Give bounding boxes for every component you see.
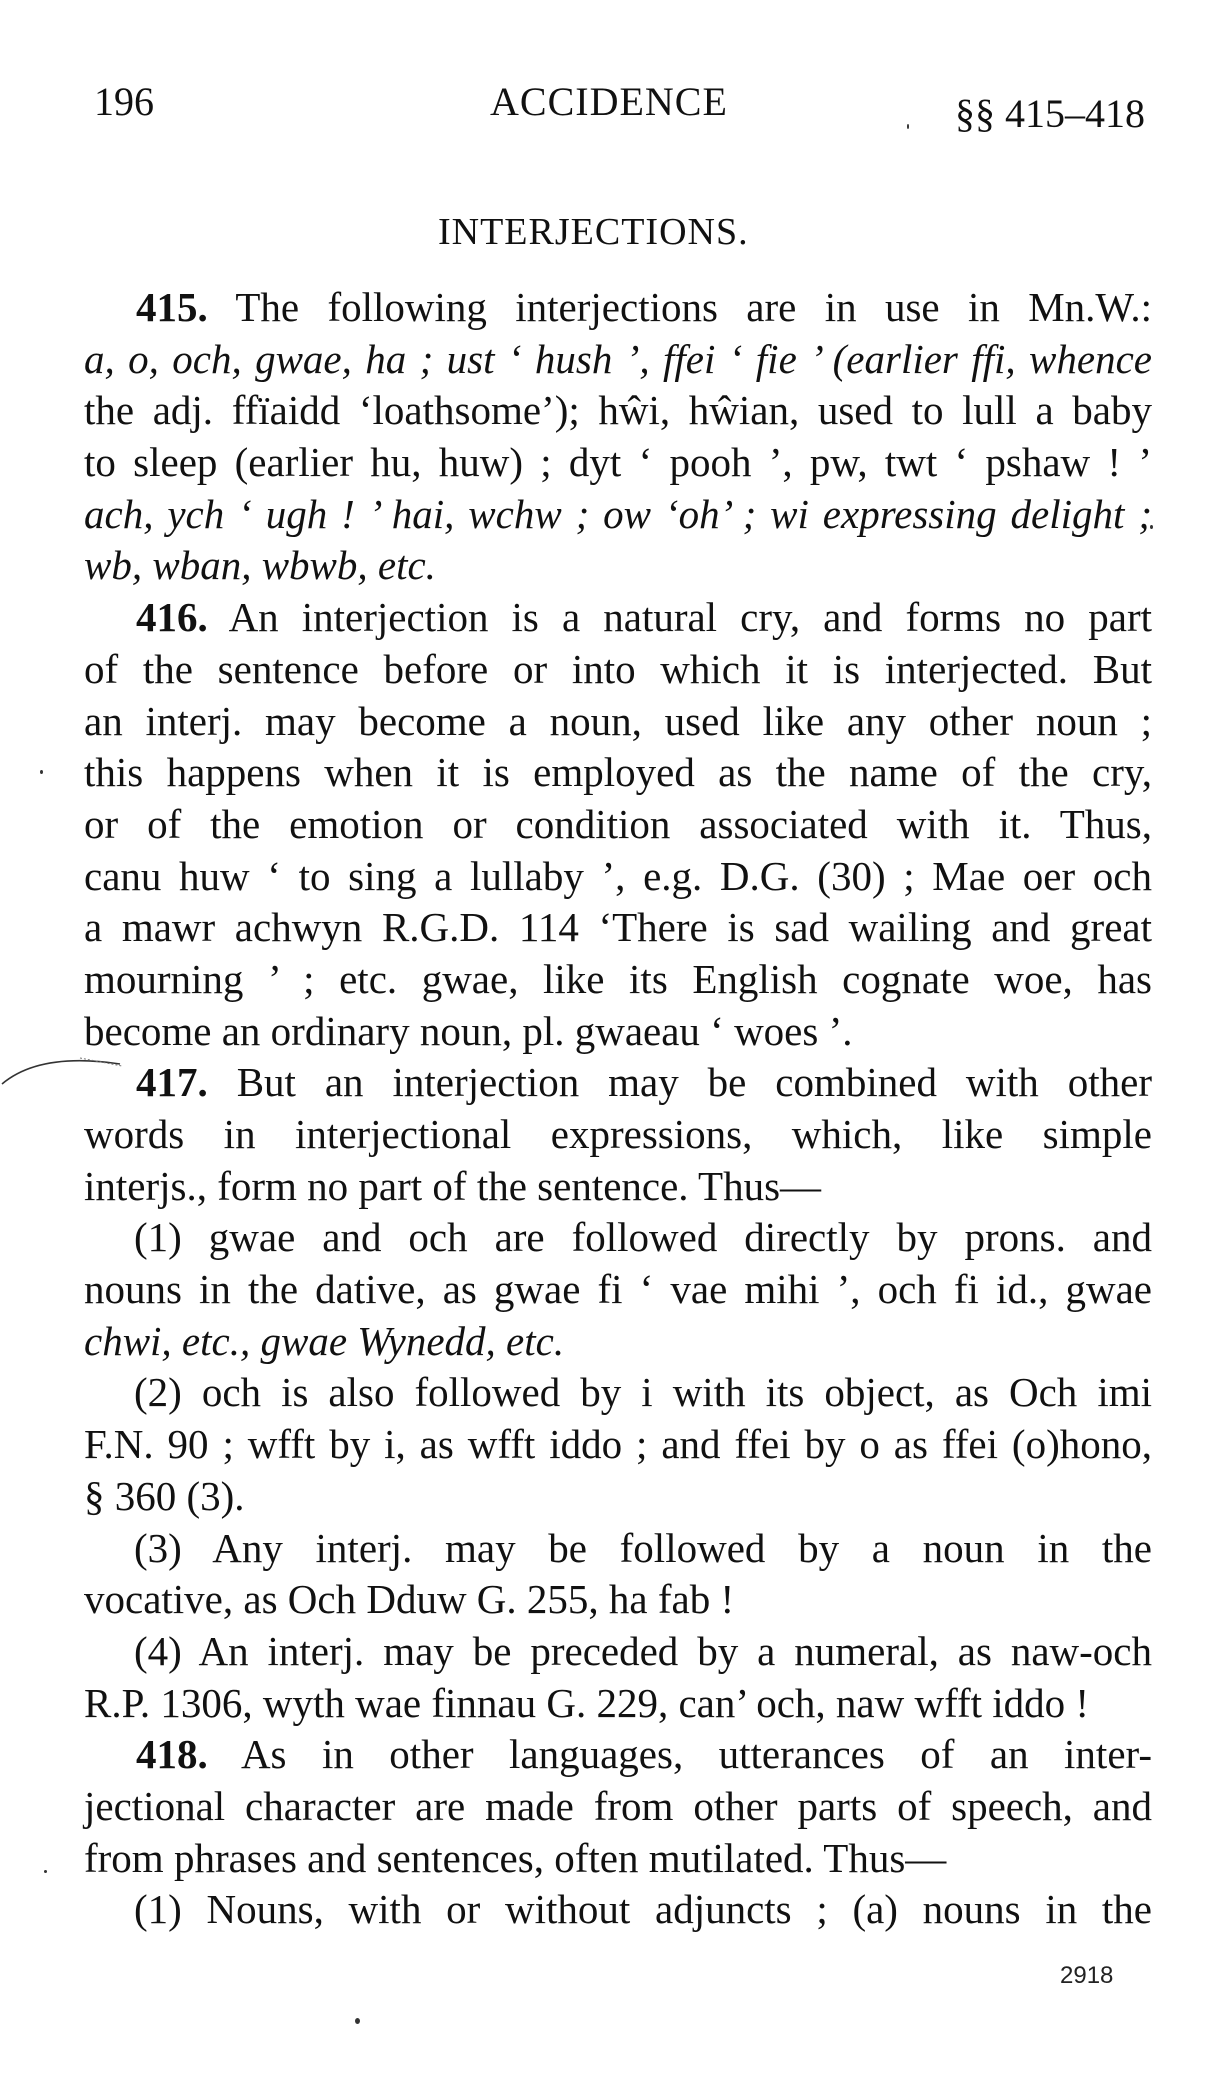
text-line: (2) och is also followed by i with its o…: [84, 1367, 1152, 1419]
item-label: (2): [134, 1369, 182, 1415]
scan-speck: [1150, 525, 1153, 529]
line-text: Nouns, with or without adjuncts ; (a) no…: [207, 1886, 1152, 1932]
line-text: An interj. may be preceded by a numeral,…: [198, 1628, 1152, 1674]
scan-speck: [355, 2018, 360, 2024]
paragraph-number: 416.: [136, 594, 208, 640]
running-title: ACCIDENCE: [490, 78, 728, 126]
text-line: 418. As in other languages, utterances o…: [84, 1729, 1152, 1781]
text-line: words in interjectional expressions, whi…: [84, 1109, 1152, 1161]
line-text: och is also followed by i with its objec…: [202, 1369, 1152, 1415]
text-line: (1) gwae and och are followed directly b…: [84, 1212, 1152, 1264]
text-line: from phrases and sentences, often mutila…: [84, 1833, 1152, 1885]
subsection-417-3: (3) Any interj. may be followed by a nou…: [84, 1523, 1152, 1626]
text-line: § 360 (3).: [84, 1471, 1152, 1523]
text-line: (1) Nouns, with or without adjuncts ; (a…: [84, 1884, 1152, 1936]
text-line: or of the emotion or condition associate…: [84, 799, 1152, 851]
text-line: jectional character are made from other …: [84, 1781, 1152, 1833]
subsection-417-1: (1) gwae and och are followed directly b…: [84, 1212, 1152, 1367]
text-line: F.N. 90 ; wfft by i, as wfft iddo ; and …: [84, 1419, 1152, 1471]
text-line: vocative, as Och Dduw G. 255, ha fab !: [84, 1574, 1152, 1626]
text-line: canu huw ‘ to sing a lullaby ’, e.g. D.G…: [84, 851, 1152, 903]
text-line: 417. But an interjection may be combined…: [84, 1057, 1152, 1109]
scan-speck: [44, 1870, 47, 1873]
text-line: this happens when it is employed as the …: [84, 747, 1152, 799]
text-line: a, o, och, gwae, ha ; ust ‘ hush ’, ffei…: [84, 334, 1152, 386]
text-line: to sleep (earlier hu, huw) ; dyt ‘ pooh …: [84, 437, 1152, 489]
line-text: An interjection is a natural cry, and fo…: [229, 594, 1152, 640]
text-line: interjs., form no part of the sentence. …: [84, 1161, 1152, 1213]
line-text: a, o, och, gwae, ha ; ust ‘ hush ’, ffei…: [84, 336, 1152, 382]
line-text: chwi, etc., gwae Wynedd, etc.: [84, 1318, 564, 1364]
scan-number: 2918: [1060, 1962, 1113, 1990]
line-text: But an interjection may be combined with…: [237, 1059, 1152, 1105]
paragraph-415: 415. The following interjections are in …: [84, 282, 1152, 592]
subsection-417-4: (4) An interj. may be preceded by a nume…: [84, 1626, 1152, 1729]
line-text: ach, ych ‘ ugh ! ’ hai, wchw ; ow ‘oh’ ;…: [84, 491, 1152, 537]
item-label: (4): [134, 1628, 182, 1674]
line-text: The following interjections are in use i…: [235, 284, 1152, 330]
line-text: wb, wban, wbwb, etc.: [84, 542, 436, 588]
scan-speck: [907, 124, 909, 129]
page-number: 196: [94, 78, 154, 126]
text-line: the adj. ffïaidd ‘loathsome’); hŵi, hŵia…: [84, 385, 1152, 437]
text-line: mourning ’ ; etc. gwae, like its English…: [84, 954, 1152, 1006]
body-text: 415. The following interjections are in …: [84, 282, 1152, 1936]
item-label: (1): [134, 1214, 182, 1260]
paragraph-416: 416. An interjection is a natural cry, a…: [84, 592, 1152, 1057]
text-line: 415. The following interjections are in …: [84, 282, 1152, 334]
paragraph-417: 417. But an interjection may be combined…: [84, 1057, 1152, 1729]
item-label: (3): [134, 1525, 182, 1571]
line-text: As in other languages, utterances of an …: [241, 1731, 1152, 1777]
paragraph-number: 415.: [136, 284, 208, 330]
text-line: an interj. may become a noun, used like …: [84, 696, 1152, 748]
item-label: (1): [134, 1886, 182, 1932]
text-line: 416. An interjection is a natural cry, a…: [84, 592, 1152, 644]
text-line: wb, wban, wbwb, etc.: [84, 540, 1152, 592]
section-range: §§ 415–418: [955, 90, 1145, 138]
paragraph-418: 418. As in other languages, utterances o…: [84, 1729, 1152, 1936]
section-heading: INTERJECTIONS.: [438, 208, 749, 256]
text-line: (4) An interj. may be preceded by a nume…: [84, 1626, 1152, 1678]
text-line: nouns in the dative, as gwae fi ‘ vae mi…: [84, 1264, 1152, 1316]
text-line: ach, ych ‘ ugh ! ’ hai, wchw ; ow ‘oh’ ;…: [84, 489, 1152, 541]
text-line: a mawr achwyn R.G.D. 114 ‘There is sad w…: [84, 902, 1152, 954]
text-line: R.P. 1306, wyth wae finnau G. 229, can’ …: [84, 1678, 1152, 1730]
scan-speck: [40, 770, 43, 774]
line-text: Any interj. may be followed by a noun in…: [212, 1525, 1152, 1571]
subsection-418-1: (1) Nouns, with or without adjuncts ; (a…: [84, 1884, 1152, 1936]
paragraph-number: 417.: [136, 1059, 208, 1105]
text-line: of the sentence before or into which it …: [84, 644, 1152, 696]
subsection-417-2: (2) och is also followed by i with its o…: [84, 1367, 1152, 1522]
text-line: become an ordinary noun, pl. gwaeau ‘ wo…: [84, 1006, 1152, 1058]
text-line: (3) Any interj. may be followed by a nou…: [84, 1523, 1152, 1575]
text-line: chwi, etc., gwae Wynedd, etc.: [84, 1316, 1152, 1368]
line-text: gwae and och are followed directly by pr…: [209, 1214, 1152, 1260]
paragraph-number: 418.: [136, 1731, 208, 1777]
